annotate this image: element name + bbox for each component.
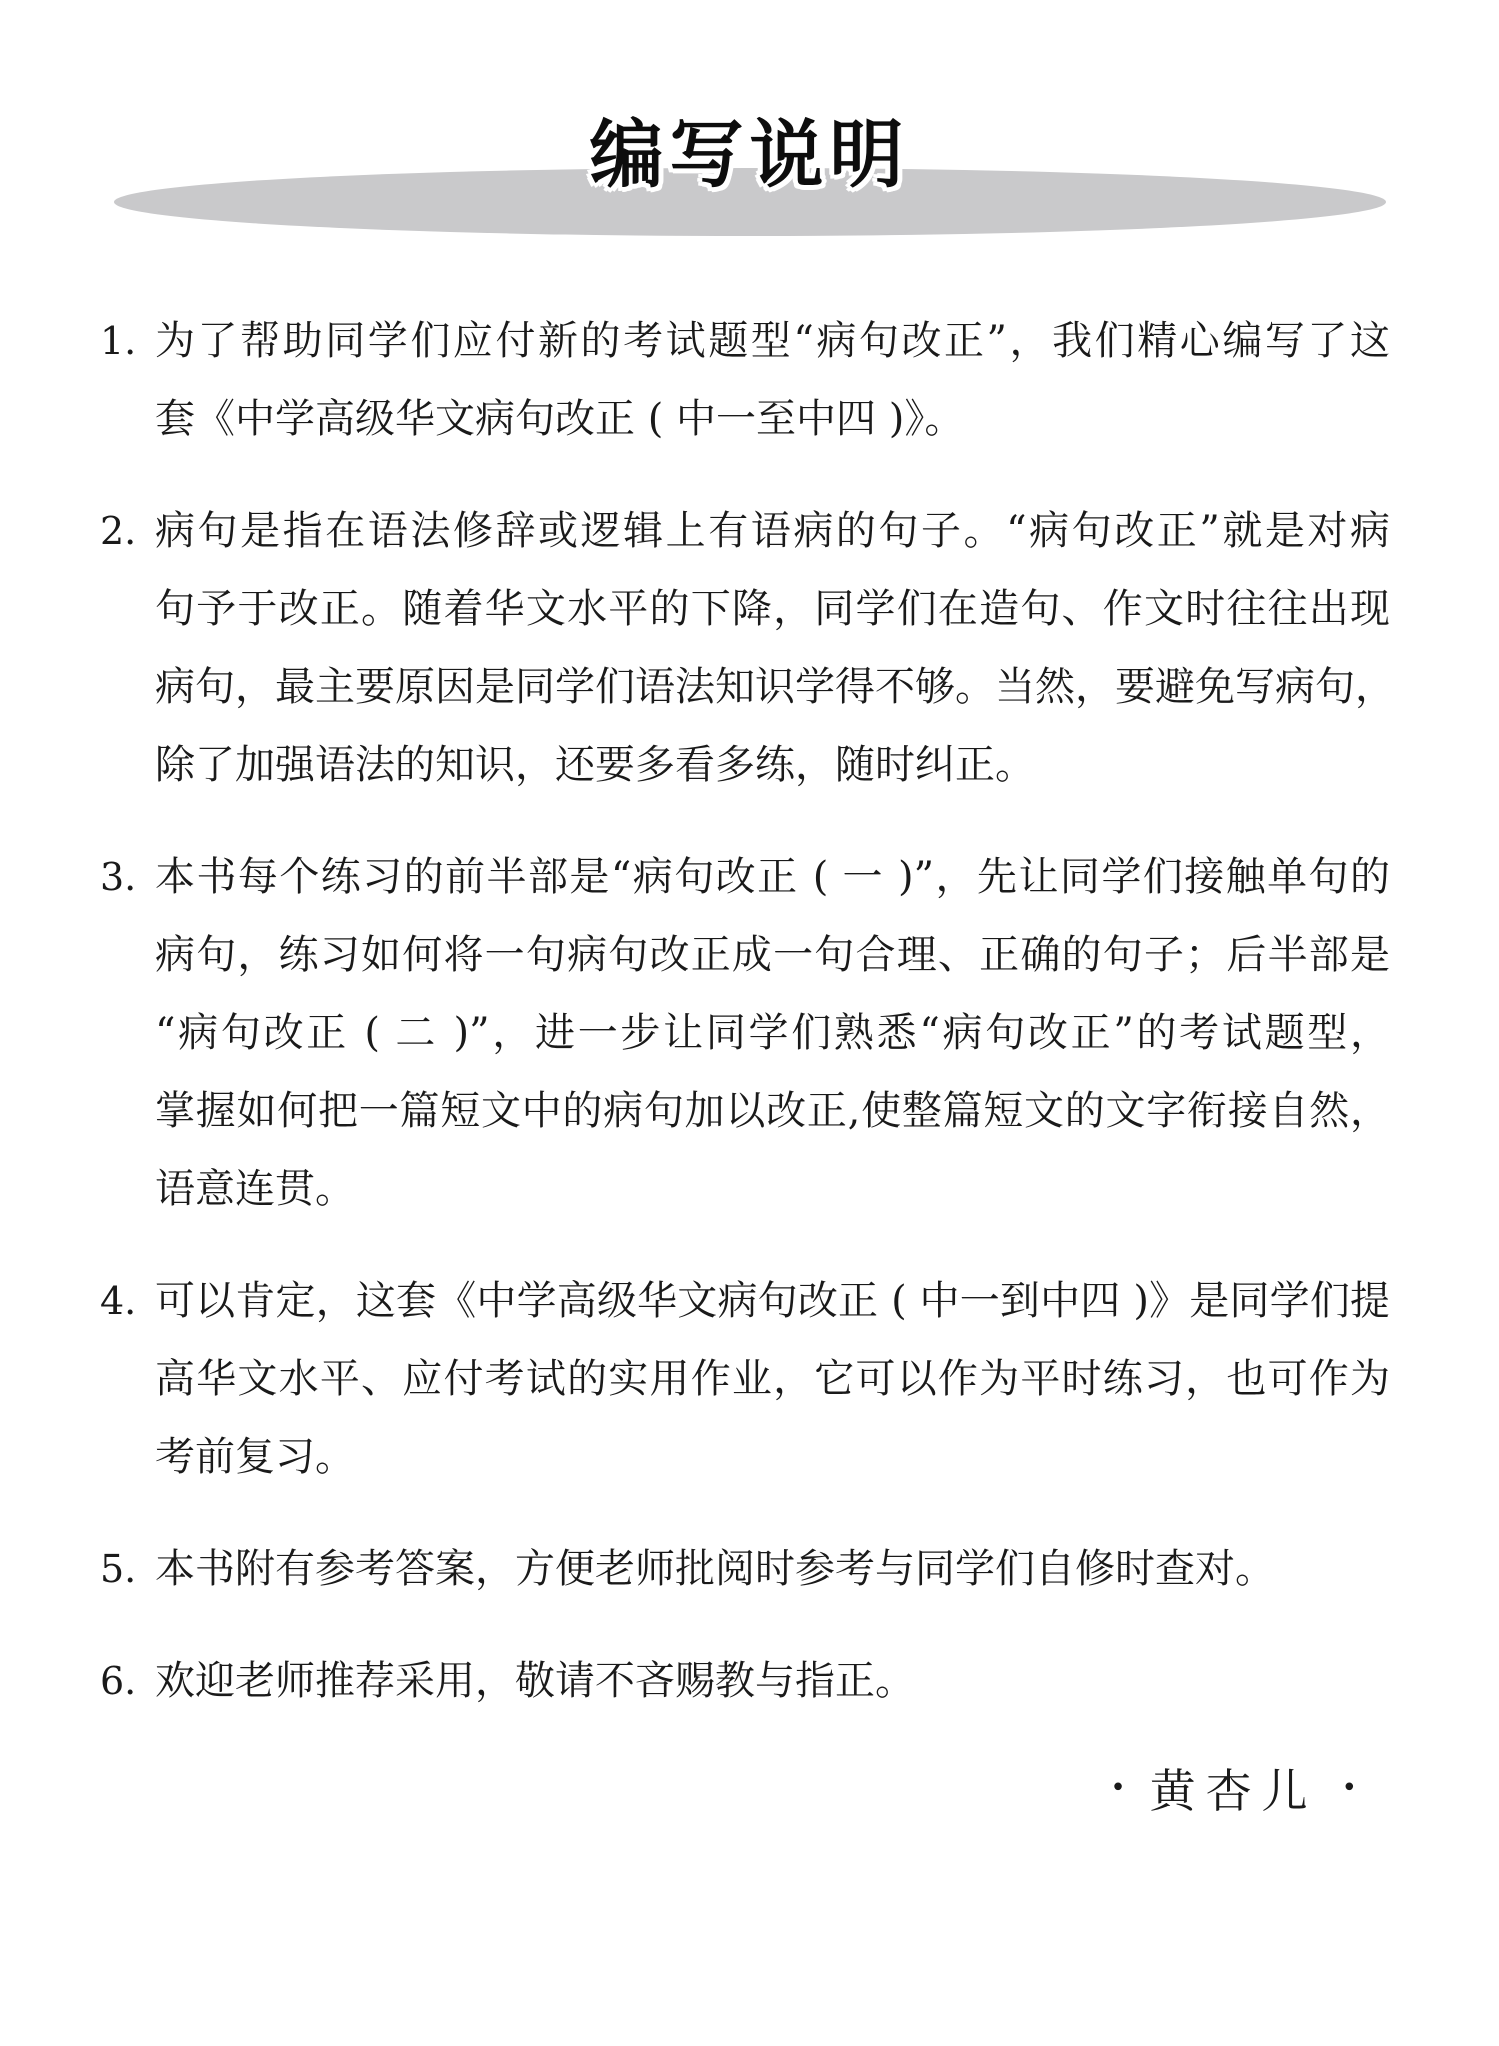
paragraph-number: 2. xyxy=(100,492,155,570)
page-title: 编写说明 xyxy=(0,118,1499,192)
paragraph-lines: 可以肯定，这套《中学高级华文病句改正 ( 中一到中四 )》是同学们提高华文水平、… xyxy=(155,1262,1390,1496)
paragraph-lines: 为了帮助同学们应付新的考试题型“病句改正”，我们精心编写了这套《中学高级华文病句… xyxy=(155,302,1390,458)
paragraph: 5.本书附有参考答案，方便老师批阅时参考与同学们自修时查对。 xyxy=(0,1530,1499,1608)
paragraph-line: “病句改正 ( 二 )”，进一步让同学们熟悉“病句改正”的考试题型， xyxy=(155,994,1390,1072)
paragraph-line: 病句，练习如何将一句病句改正成一句合理、正确的句子；后半部是 xyxy=(155,916,1390,994)
paragraph-number: 6. xyxy=(100,1642,155,1720)
paragraph-line: 语意连贯。 xyxy=(155,1150,1390,1228)
paragraph-line: 本书附有参考答案，方便老师批阅时参考与同学们自修时查对。 xyxy=(155,1530,1390,1608)
paragraph-line: 掌握如何把一篇短文中的病句加以改正,使整篇短文的文字衔接自然， xyxy=(155,1072,1390,1150)
document-page: 编写说明 1.为了帮助同学们应付新的考试题型“病句改正”，我们精心编写了这套《中… xyxy=(0,0,1499,2046)
paragraph-lines: 本书附有参考答案，方便老师批阅时参考与同学们自修时查对。 xyxy=(155,1530,1390,1608)
signature-dot-left: • xyxy=(1110,1775,1125,1801)
author-name: 黄杏儿 xyxy=(1150,1755,1318,1821)
paragraph-line: 本书每个练习的前半部是“病句改正 ( 一 )”，先让同学们接触单句的 xyxy=(155,838,1390,916)
signature-dot-right: • xyxy=(1342,1775,1357,1801)
paragraph-lines: 病句是指在语法修辞或逻辑上有语病的句子。“病句改正”就是对病句予于改正。随着华文… xyxy=(155,492,1390,804)
paragraph-line: 句予于改正。随着华文水平的下降，同学们在造句、作文时往往出现 xyxy=(155,570,1390,648)
paragraph: 3.本书每个练习的前半部是“病句改正 ( 一 )”，先让同学们接触单句的病句，练… xyxy=(0,838,1499,1228)
paragraph-lines: 欢迎老师推荐采用，敬请不吝赐教与指正。 xyxy=(155,1642,1390,1720)
paragraph: 1.为了帮助同学们应付新的考试题型“病句改正”，我们精心编写了这套《中学高级华文… xyxy=(0,302,1499,458)
paragraph: 4.可以肯定，这套《中学高级华文病句改正 ( 中一到中四 )》是同学们提高华文水… xyxy=(0,1262,1499,1496)
paragraph-line: 除了加强语法的知识，还要多看多练，随时纠正。 xyxy=(155,726,1390,804)
title-banner: 编写说明 xyxy=(0,0,1499,240)
paragraph-line: 考前复习。 xyxy=(155,1418,1390,1496)
paragraph-number: 3. xyxy=(100,838,155,916)
paragraph: 6.欢迎老师推荐采用，敬请不吝赐教与指正。 xyxy=(0,1642,1499,1720)
paragraph-number: 1. xyxy=(100,302,155,380)
paragraph: 2.病句是指在语法修辞或逻辑上有语病的句子。“病句改正”就是对病句予于改正。随着… xyxy=(0,492,1499,804)
author-signature: • 黄杏儿 • xyxy=(0,1760,1499,1816)
paragraph-line: 套《中学高级华文病句改正 ( 中一至中四 )》。 xyxy=(155,380,1390,458)
paragraph-line: 病句，最主要原因是同学们语法知识学得不够。当然，要避免写病句， xyxy=(155,648,1390,726)
instruction-list: 1.为了帮助同学们应付新的考试题型“病句改正”，我们精心编写了这套《中学高级华文… xyxy=(0,302,1499,1720)
paragraph-line: 高华文水平、应付考试的实用作业，它可以作为平时练习，也可作为 xyxy=(155,1340,1390,1418)
paragraph-line: 欢迎老师推荐采用，敬请不吝赐教与指正。 xyxy=(155,1642,1390,1720)
paragraph-number: 5. xyxy=(100,1530,155,1608)
paragraph-number: 4. xyxy=(100,1262,155,1340)
paragraph-line: 可以肯定，这套《中学高级华文病句改正 ( 中一到中四 )》是同学们提 xyxy=(155,1262,1390,1340)
paragraph-lines: 本书每个练习的前半部是“病句改正 ( 一 )”，先让同学们接触单句的病句，练习如… xyxy=(155,838,1390,1228)
paragraph-line: 病句是指在语法修辞或逻辑上有语病的句子。“病句改正”就是对病 xyxy=(155,492,1390,570)
paragraph-line: 为了帮助同学们应付新的考试题型“病句改正”，我们精心编写了这 xyxy=(155,302,1390,380)
